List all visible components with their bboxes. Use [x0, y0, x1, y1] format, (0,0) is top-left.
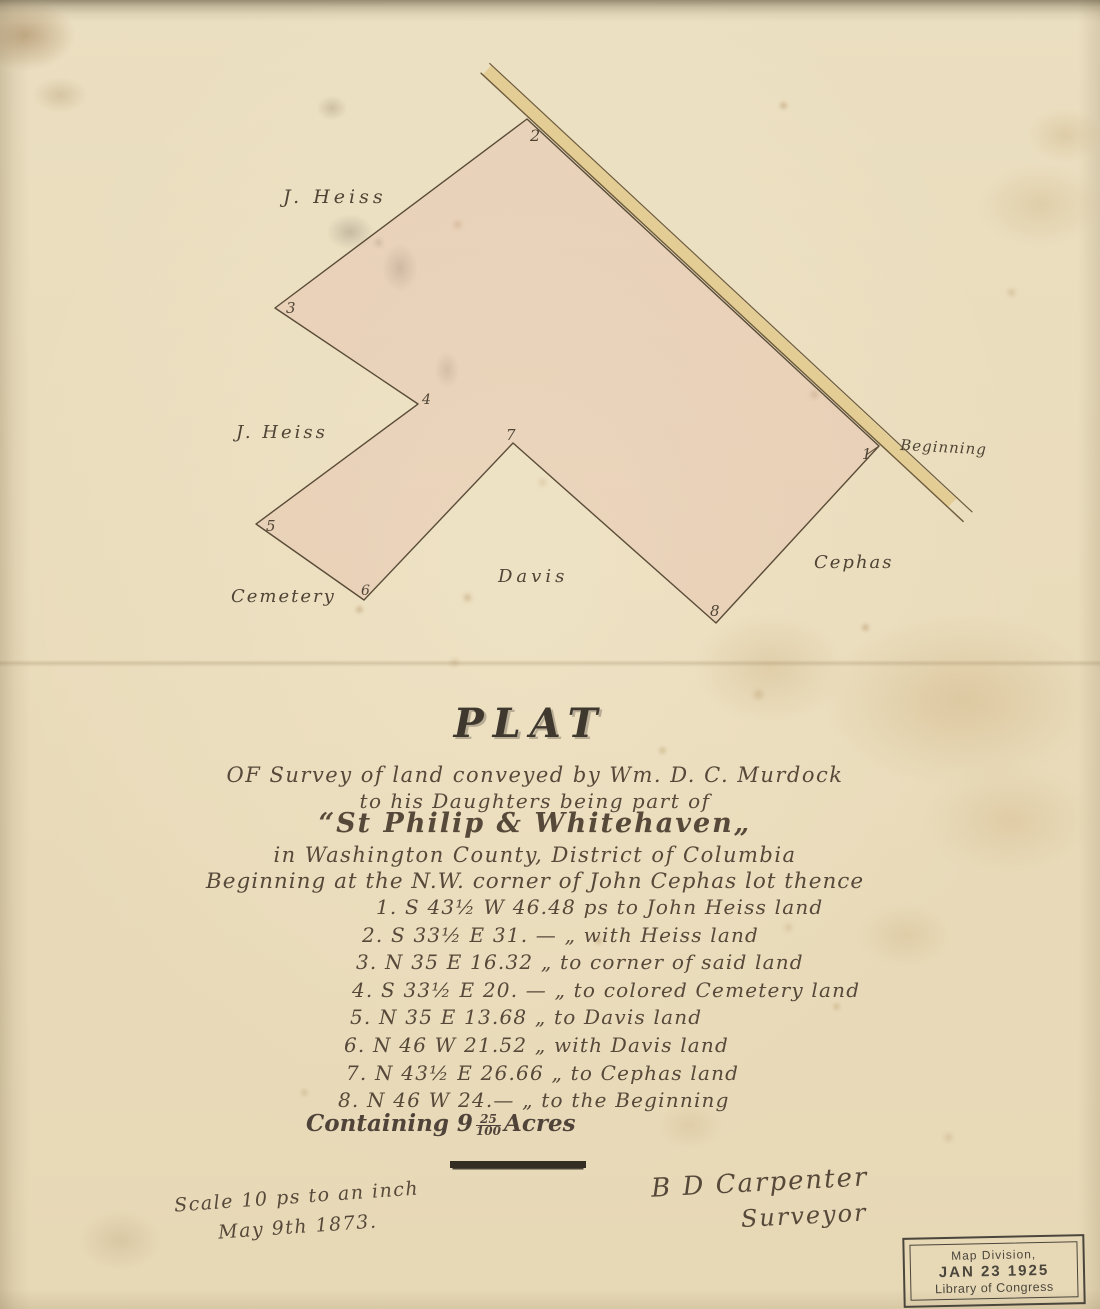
library-stamp: Map Division, JAN 23 1925 Library of Con…	[902, 1234, 1085, 1308]
fraction-denominator: 100	[476, 1125, 501, 1137]
vertex-5: 5	[266, 517, 276, 535]
library-stamp-inner: Map Division, JAN 23 1925 Library of Con…	[909, 1241, 1078, 1301]
vertex-8: 8	[710, 602, 720, 620]
course-7: 7. N 43½ E 26.66 „ to Cephas land	[346, 1060, 860, 1088]
containing-prefix: Containing 9	[306, 1110, 473, 1137]
title-line-4: in Washington County, District of Columb…	[0, 843, 1070, 867]
surveyor-role: Surveyor	[740, 1198, 871, 1233]
surveyor-name: B D Carpenter	[650, 1162, 869, 1203]
acres-fraction: 25100	[476, 1114, 501, 1137]
title-line-3: “St Philip & Whitehaven„	[0, 808, 1070, 839]
beginning-label: Beginning	[899, 436, 988, 459]
containing-suffix: Acres	[504, 1110, 576, 1137]
cephas-label: Cephas	[814, 552, 894, 573]
course-5: 5. N 35 E 13.68 „ to Davis land	[350, 1004, 860, 1032]
date-line: May 9th 1873.	[217, 1207, 421, 1243]
vertex-4: 4	[421, 392, 431, 408]
stamp-date: JAN 23 1925	[939, 1261, 1050, 1280]
plat-title: PLAT	[0, 700, 1060, 747]
vertex-1: 1	[862, 445, 872, 463]
course-3: 3. N 35 E 16.32 „ to corner of said land	[356, 949, 860, 977]
davis-label: Davis	[497, 566, 568, 587]
course-6: 6. N 46 W 21.52 „ with Davis land	[344, 1032, 860, 1060]
title-line-1: OF Survey of land conveyed by Wm. D. C. …	[0, 763, 1070, 787]
courses-list: 1. S 43½ W 46.48 ps to John Heiss land 2…	[338, 894, 860, 1115]
closing-rule	[450, 1161, 586, 1168]
cemetery-label: Cemetery	[231, 586, 336, 607]
course-4: 4. S 33½ E 20. — „ to colored Cemetery l…	[352, 977, 860, 1005]
survey-drawing: 1 2 3 4 5 6 7 8 Beginning J. Heiss J. He…	[0, 0, 1100, 680]
stamp-institution: Library of Congress	[935, 1279, 1054, 1295]
vertex-2: 2	[529, 126, 540, 145]
surveyor-signature: B D Carpenter Surveyor	[650, 1162, 870, 1237]
scale-note: Scale 10 ps to an inch May 9th 1873.	[173, 1178, 421, 1247]
course-2: 2. S 33½ E 31. — „ with Heiss land	[362, 922, 860, 950]
stamp-division: Map Division,	[951, 1247, 1036, 1263]
containing-statement: Containing 925100Acres	[306, 1110, 576, 1137]
plat-sheet: 1 2 3 4 5 6 7 8 Beginning J. Heiss J. He…	[0, 0, 1100, 1309]
heiss-upper-label: J. Heiss	[279, 186, 387, 208]
vertex-6: 6	[361, 583, 370, 599]
course-1: 1. S 43½ W 46.48 ps to John Heiss land	[376, 894, 860, 922]
title-line-5: Beginning at the N.W. corner of John Cep…	[0, 869, 1070, 894]
vertex-7: 7	[506, 426, 516, 444]
heiss-lower-label: J. Heiss	[232, 422, 328, 443]
vertex-3: 3	[286, 299, 296, 317]
